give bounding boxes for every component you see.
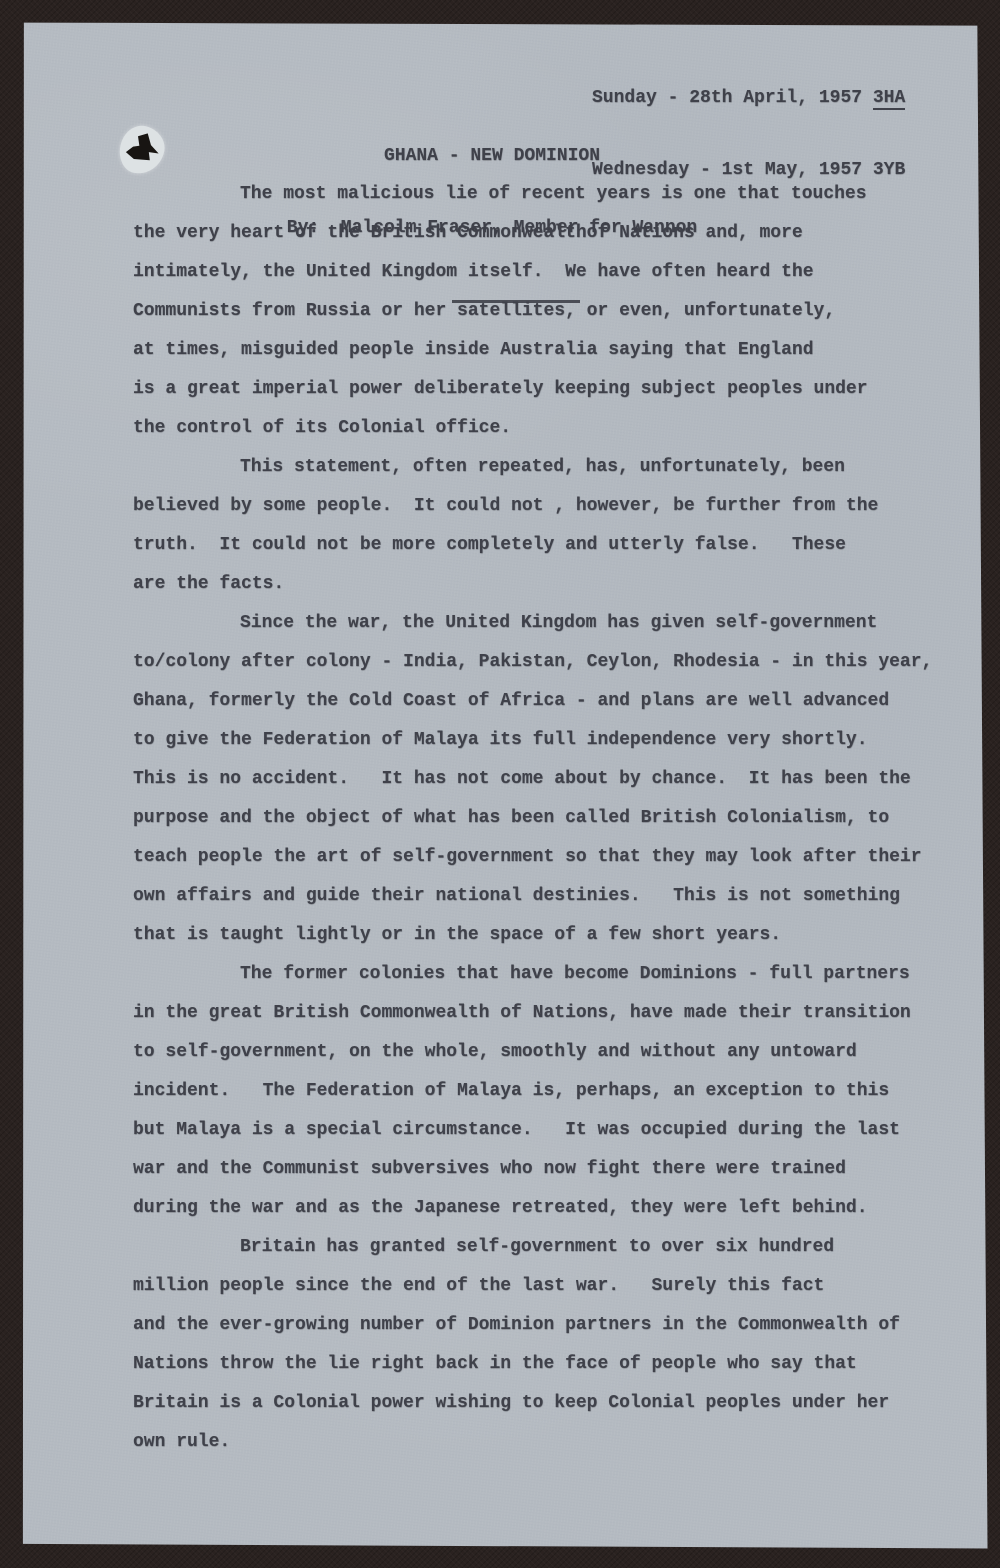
text-line: Communists from Russia or her satellites… <box>133 292 958 331</box>
text-line: The former colonies that have become Dom… <box>133 955 958 994</box>
text-line: and the ever-growing number of Dominion … <box>133 1306 958 1345</box>
text-line: Since the war, the United Kingdom has gi… <box>133 604 958 643</box>
text-line: teach people the art of self-government … <box>133 838 958 877</box>
text-line: is a great imperial power deliberately k… <box>133 370 958 409</box>
text-line: are the facts. <box>133 565 958 604</box>
text-line: war and the Communist subversives who no… <box>133 1150 958 1189</box>
text-line: to self-government, on the whole, smooth… <box>133 1033 958 1072</box>
text-line: that is taught lightly or in the space o… <box>133 916 958 955</box>
text-line: intimately, the United Kingdom itself. W… <box>133 253 958 292</box>
text-line: The most malicious lie of recent years i… <box>133 175 958 214</box>
text-line: purpose and the object of what has been … <box>133 799 958 838</box>
text-line: but Malaya is a special circumstance. It… <box>133 1111 958 1150</box>
text-line: own affairs and guide their national des… <box>133 877 958 916</box>
text-line: at times, misguided people inside Austra… <box>133 331 958 370</box>
scan-mount-background: Sunday - 28th April, 1957 3HA Wednesday … <box>0 0 1000 1568</box>
text-line: Nations throw the lie right back in the … <box>133 1345 958 1384</box>
text-line: Ghana, formerly the Cold Coast of Africa… <box>133 682 958 721</box>
text-line: own rule. <box>133 1423 958 1462</box>
text-line: to/colony after colony - India, Pakistan… <box>133 643 958 682</box>
text-line: This statement, often repeated, has, unf… <box>133 448 958 487</box>
text-line: truth. It could not be more completely a… <box>133 526 958 565</box>
text-line: million people since the end of the last… <box>133 1267 958 1306</box>
text-line: This is no accident. It has not come abo… <box>133 760 958 799</box>
text-line: Britain has granted self-government to o… <box>133 1228 958 1267</box>
paper-tear-hole <box>124 129 163 165</box>
text-line: believed by some people. It could not , … <box>133 487 958 526</box>
text-line: the control of its Colonial office. <box>133 409 958 448</box>
text-line: incident. The Federation of Malaya is, p… <box>133 1072 958 1111</box>
text-line: during the war and as the Japanese retre… <box>133 1189 958 1228</box>
document-body: The most malicious lie of recent years i… <box>133 175 958 1462</box>
document-page: Sunday - 28th April, 1957 3HA Wednesday … <box>20 18 988 1550</box>
text-line: in the great British Commonwealth of Nat… <box>133 994 958 1033</box>
text-line: the very heart of the British Commonweal… <box>133 214 958 253</box>
text-line: to give the Federation of Malaya its ful… <box>133 721 958 760</box>
text-line: Britain is a Colonial power wishing to k… <box>133 1384 958 1423</box>
